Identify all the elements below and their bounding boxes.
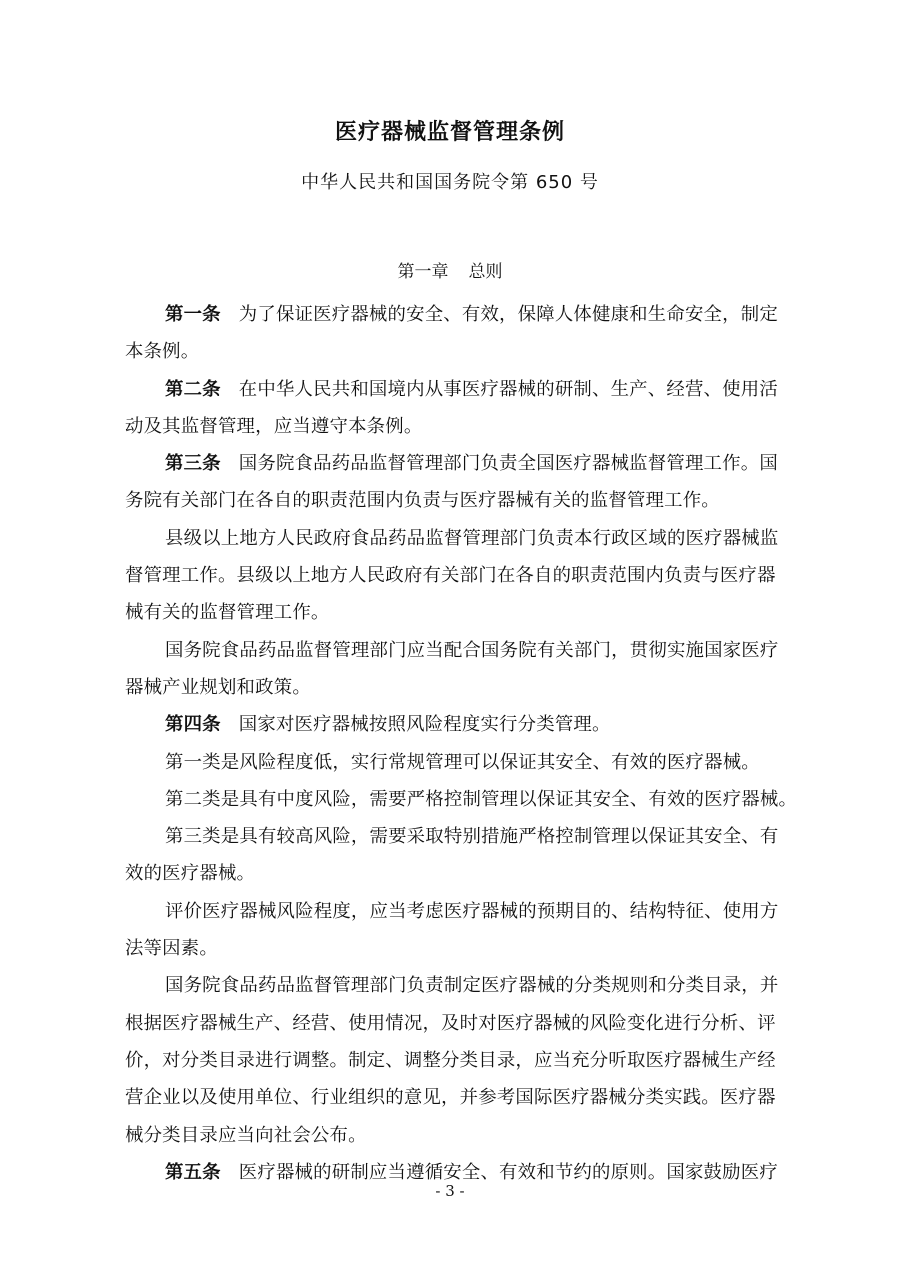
text-line: 务院有关部门在各自的职责范围内负责与医疗器械有关的监督管理工作。 xyxy=(125,482,775,519)
text-line: 效的医疗器械。 xyxy=(125,855,775,892)
line-text: 效的医疗器械。 xyxy=(125,863,255,884)
article-label: 第五条 xyxy=(165,1162,221,1183)
text-line: 本条例。 xyxy=(125,333,775,370)
document-body: 第一条为了保证医疗器械的安全、有效，保障人体健康和生命安全，制定本条例。第二条在… xyxy=(125,296,775,1191)
text-line: 评价医疗器械风险程度，应当考虑医疗器械的预期目的、结构特征、使用方 xyxy=(125,893,775,930)
text-line: 督管理工作。县级以上地方人民政府有关部门在各自的职责范围内负责与医疗器 xyxy=(125,557,775,594)
line-text: 械有关的监督管理工作。 xyxy=(125,602,330,623)
document-page: 医疗器械监督管理条例 中华人民共和国国务院令第 650 号 第一章总则 第一条为… xyxy=(0,0,900,1273)
line-text: 国家对医疗器械按照风险程度实行分类管理。 xyxy=(239,714,611,735)
text-line: 县级以上地方人民政府食品药品监督管理部门负责本行政区域的医疗器械监 xyxy=(125,520,775,557)
text-line: 第二类是具有中度风险，需要严格控制管理以保证其安全、有效的医疗器械。 xyxy=(125,781,775,818)
line-text: 国务院食品药品监督管理部门应当配合国务院有关部门，贯彻实施国家医疗 xyxy=(165,640,779,661)
line-text: 第二类是具有中度风险，需要严格控制管理以保证其安全、有效的医疗器械。 xyxy=(165,789,797,810)
chapter-number: 第一章 xyxy=(398,262,449,282)
line-text: 国务院食品药品监督管理部门负责全国医疗器械监督管理工作。国 xyxy=(239,453,778,474)
line-text: 务院有关部门在各自的职责范围内负责与医疗器械有关的监督管理工作。 xyxy=(125,490,720,511)
line-text: 本条例。 xyxy=(125,341,199,362)
text-line: 第四条国家对医疗器械按照风险程度实行分类管理。 xyxy=(125,706,775,743)
line-text: 督管理工作。县级以上地方人民政府有关部门在各自的职责范围内负责与医疗器 xyxy=(125,565,776,586)
line-text: 械分类目录应当向社会公布。 xyxy=(125,1125,367,1146)
text-line: 械分类目录应当向社会公布。 xyxy=(125,1117,775,1154)
text-line: 国务院食品药品监督管理部门负责制定医疗器械的分类规则和分类目录，并 xyxy=(125,967,775,1004)
line-text: 在中华人民共和国境内从事医疗器械的研制、生产、经营、使用活 xyxy=(239,379,778,400)
article-label: 第四条 xyxy=(165,714,221,735)
decree-number: 中华人民共和国国务院令第 650 号 xyxy=(0,168,900,194)
chapter-heading: 第一章总则 xyxy=(0,257,900,282)
line-text: 医疗器械的研制应当遵循安全、有效和节约的原则。国家鼓励医疗 xyxy=(239,1162,778,1183)
page-number: - 3 - xyxy=(0,1182,900,1200)
article-label: 第二条 xyxy=(165,379,221,400)
chapter-name: 总则 xyxy=(469,262,503,282)
line-text: 价，对分类目录进行调整。制定、调整分类目录，应当充分听取医疗器械生产经 xyxy=(125,1050,776,1071)
line-text: 县级以上地方人民政府食品药品监督管理部门负责本行政区域的医疗器械监 xyxy=(165,528,779,549)
article-label: 第一条 xyxy=(165,304,221,325)
line-text: 第一类是风险程度低，实行常规管理可以保证其安全、有效的医疗器械。 xyxy=(165,752,760,773)
text-line: 第二条在中华人民共和国境内从事医疗器械的研制、生产、经营、使用活 xyxy=(125,371,775,408)
text-line: 第三条国务院食品药品监督管理部门负责全国医疗器械监督管理工作。国 xyxy=(125,445,775,482)
line-text: 器械产业规划和政策。 xyxy=(125,677,311,698)
line-text: 为了保证医疗器械的安全、有效，保障人体健康和生命安全，制定 xyxy=(239,304,778,325)
text-line: 器械产业规划和政策。 xyxy=(125,669,775,706)
text-line: 械有关的监督管理工作。 xyxy=(125,594,775,631)
line-text: 营企业以及使用单位、行业组织的意见，并参考国际医疗器械分类实践。医疗器 xyxy=(125,1087,776,1108)
line-text: 国务院食品药品监督管理部门负责制定医疗器械的分类规则和分类目录，并 xyxy=(165,975,779,996)
text-line: 动及其监督管理，应当遵守本条例。 xyxy=(125,408,775,445)
text-line: 营企业以及使用单位、行业组织的意见，并参考国际医疗器械分类实践。医疗器 xyxy=(125,1079,775,1116)
text-line: 法等因素。 xyxy=(125,930,775,967)
line-text: 根据医疗器械生产、经营、使用情况，及时对医疗器械的风险变化进行分析、评 xyxy=(125,1013,776,1034)
line-text: 法等因素。 xyxy=(125,938,218,959)
article-label: 第三条 xyxy=(165,453,221,474)
text-line: 根据医疗器械生产、经营、使用情况，及时对医疗器械的风险变化进行分析、评 xyxy=(125,1005,775,1042)
text-line: 第一条为了保证医疗器械的安全、有效，保障人体健康和生命安全，制定 xyxy=(125,296,775,333)
text-line: 第三类是具有较高风险，需要采取特别措施严格控制管理以保证其安全、有 xyxy=(125,818,775,855)
text-line: 第一类是风险程度低，实行常规管理可以保证其安全、有效的医疗器械。 xyxy=(125,744,775,781)
text-line: 价，对分类目录进行调整。制定、调整分类目录，应当充分听取医疗器械生产经 xyxy=(125,1042,775,1079)
document-title: 医疗器械监督管理条例 xyxy=(0,115,900,146)
text-line: 国务院食品药品监督管理部门应当配合国务院有关部门，贯彻实施国家医疗 xyxy=(125,632,775,669)
line-text: 第三类是具有较高风险，需要采取特别措施严格控制管理以保证其安全、有 xyxy=(165,826,779,847)
line-text: 评价医疗器械风险程度，应当考虑医疗器械的预期目的、结构特征、使用方 xyxy=(165,901,779,922)
line-text: 动及其监督管理，应当遵守本条例。 xyxy=(125,416,422,437)
